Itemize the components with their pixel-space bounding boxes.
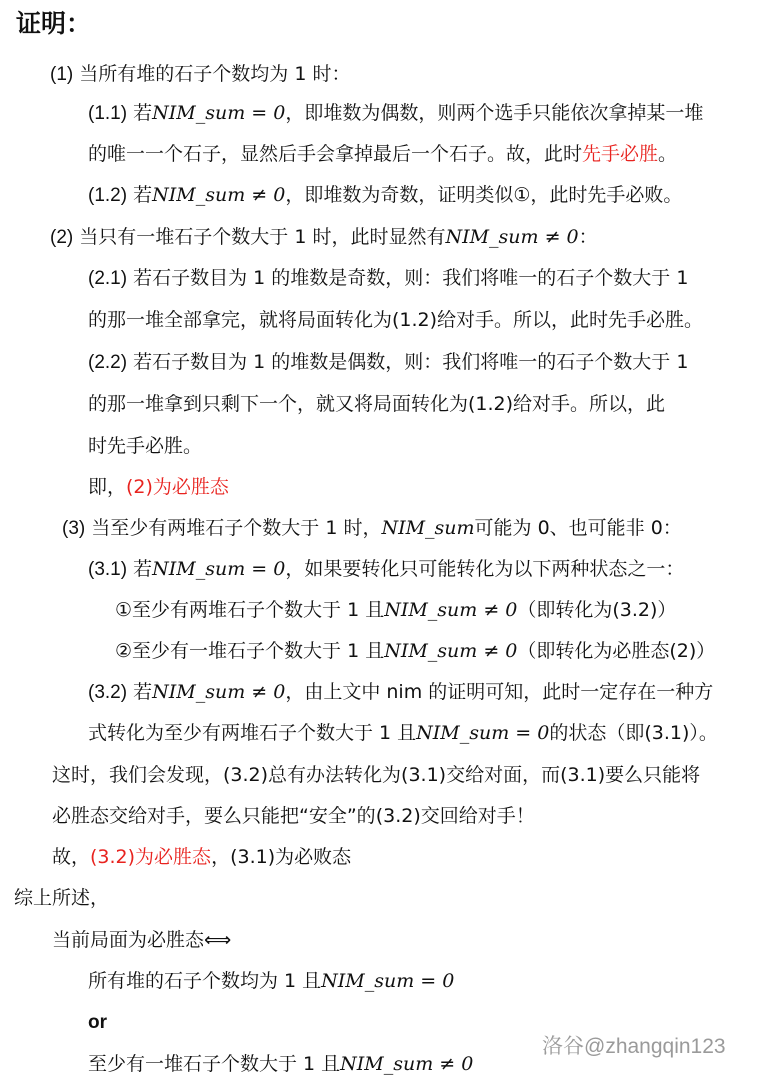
math-expression: NIM_sum ≠ 0: [152, 681, 285, 703]
math-expression: NIM_sum ≠ 0: [340, 1053, 473, 1075]
case-3-2-line-2: 式转化为至少有两堆石子个数大于 1 且NIM_sum = 0的状态（即(3.1)…: [88, 721, 718, 745]
highlight-text: (2)为必胜态: [126, 476, 229, 498]
case-1-heading: (1) 当所有堆的石子个数均为 1 时：: [50, 62, 350, 87]
summary-heading: 综上所述，: [14, 886, 109, 910]
highlight-text: (3.2)为必胜态: [90, 846, 211, 868]
or-keyword: or: [88, 1011, 107, 1035]
case-2-2-line-1: (2.2) 若石子数目为 1 的堆数是偶数，则：我们将唯一的石子个数大于 1: [88, 350, 688, 375]
watermark: 洛谷@zhangqin123: [542, 1030, 726, 1060]
case-2-1-line-1: (2.1) 若石子数目为 1 的堆数是奇数，则：我们将唯一的石子个数大于 1: [88, 266, 688, 291]
case-3-1-option-2: ②至少有一堆石子个数大于 1 且NIM_sum ≠ 0（即转化为必胜态(2)）: [115, 639, 715, 663]
case-3-1-option-1: ①至少有两堆石子个数大于 1 且NIM_sum ≠ 0（即转化为(3.2)）: [115, 598, 676, 622]
case-2-heading: (2) 当只有一堆石子个数大于 1 时，此时显然有NIM_sum ≠ 0：: [50, 225, 598, 250]
proof-title: 证明：: [16, 8, 91, 40]
case-2-2-line-2: 的那一堆拿到只剩下一个，就又将局面转化为(1.2)给对手。所以，此: [88, 392, 665, 416]
case-1-1-line-1: (1.1) 若NIM_sum = 0，即堆数为偶数，则两个选手只能依次拿掉某一堆: [88, 101, 703, 126]
case-1-2: (1.2) 若NIM_sum ≠ 0，即堆数为奇数，证明类似①，此时先手必败。: [88, 183, 682, 208]
case-3-conclusion: 故，(3.2)为必胜态，(3.1)为必败态: [52, 845, 351, 869]
math-expression: NIM_sum = 0: [321, 970, 454, 992]
case-3-2-line-1: (3.2) 若NIM_sum ≠ 0，由上文中 nim 的证明可知，此时一定存在…: [88, 680, 713, 705]
case-1-1-line-2: 的唯一一个石子，显然后手会拿掉最后一个石子。故，此时先手必胜。: [88, 142, 677, 166]
math-expression: NIM_sum = 0: [416, 722, 549, 744]
observation-line-2: 必胜态交给对手，要么只能把“安全”的(3.2)交回给对手！: [52, 804, 535, 828]
case-3-heading: (3) 当至少有两堆石子个数大于 1 时，NIM_sum可能为 0、也可能非 0…: [62, 516, 682, 541]
math-expression: NIM_sum ≠ 0: [384, 640, 517, 662]
math-expression: NIM_sum = 0: [152, 558, 285, 580]
case-label: (1): [50, 64, 73, 85]
highlight-text: 先手必胜: [582, 143, 658, 165]
case-2-1-line-2: 的那一堆全部拿完，就将局面转化为(1.2)给对手。所以，此时先手必胜。: [88, 308, 703, 332]
summary-statement: 当前局面为必胜态⟺: [52, 928, 231, 952]
case-2-conclusion: 即，(2)为必胜态: [88, 475, 229, 499]
condition-1: 所有堆的石子个数均为 1 且NIM_sum = 0: [88, 969, 454, 993]
case-2-2-line-3: 时先手必胜。: [88, 434, 202, 458]
math-expression: NIM_sum: [381, 517, 474, 539]
observation-line-1: 这时，我们会发现，(3.2)总有办法转化为(3.1)交给对面，而(3.1)要么只…: [52, 763, 700, 787]
condition-2: 至少有一堆石子个数大于 1 且NIM_sum ≠ 0: [88, 1052, 473, 1076]
case-3-1: (3.1) 若NIM_sum = 0，如果要转化只可能转化为以下两种状态之一：: [88, 557, 684, 582]
math-expression: NIM_sum ≠ 0: [384, 599, 517, 621]
math-expression: NIM_sum ≠ 0: [152, 184, 285, 206]
math-expression: NIM_sum = 0: [152, 102, 285, 124]
math-expression: NIM_sum ≠ 0: [445, 226, 578, 248]
